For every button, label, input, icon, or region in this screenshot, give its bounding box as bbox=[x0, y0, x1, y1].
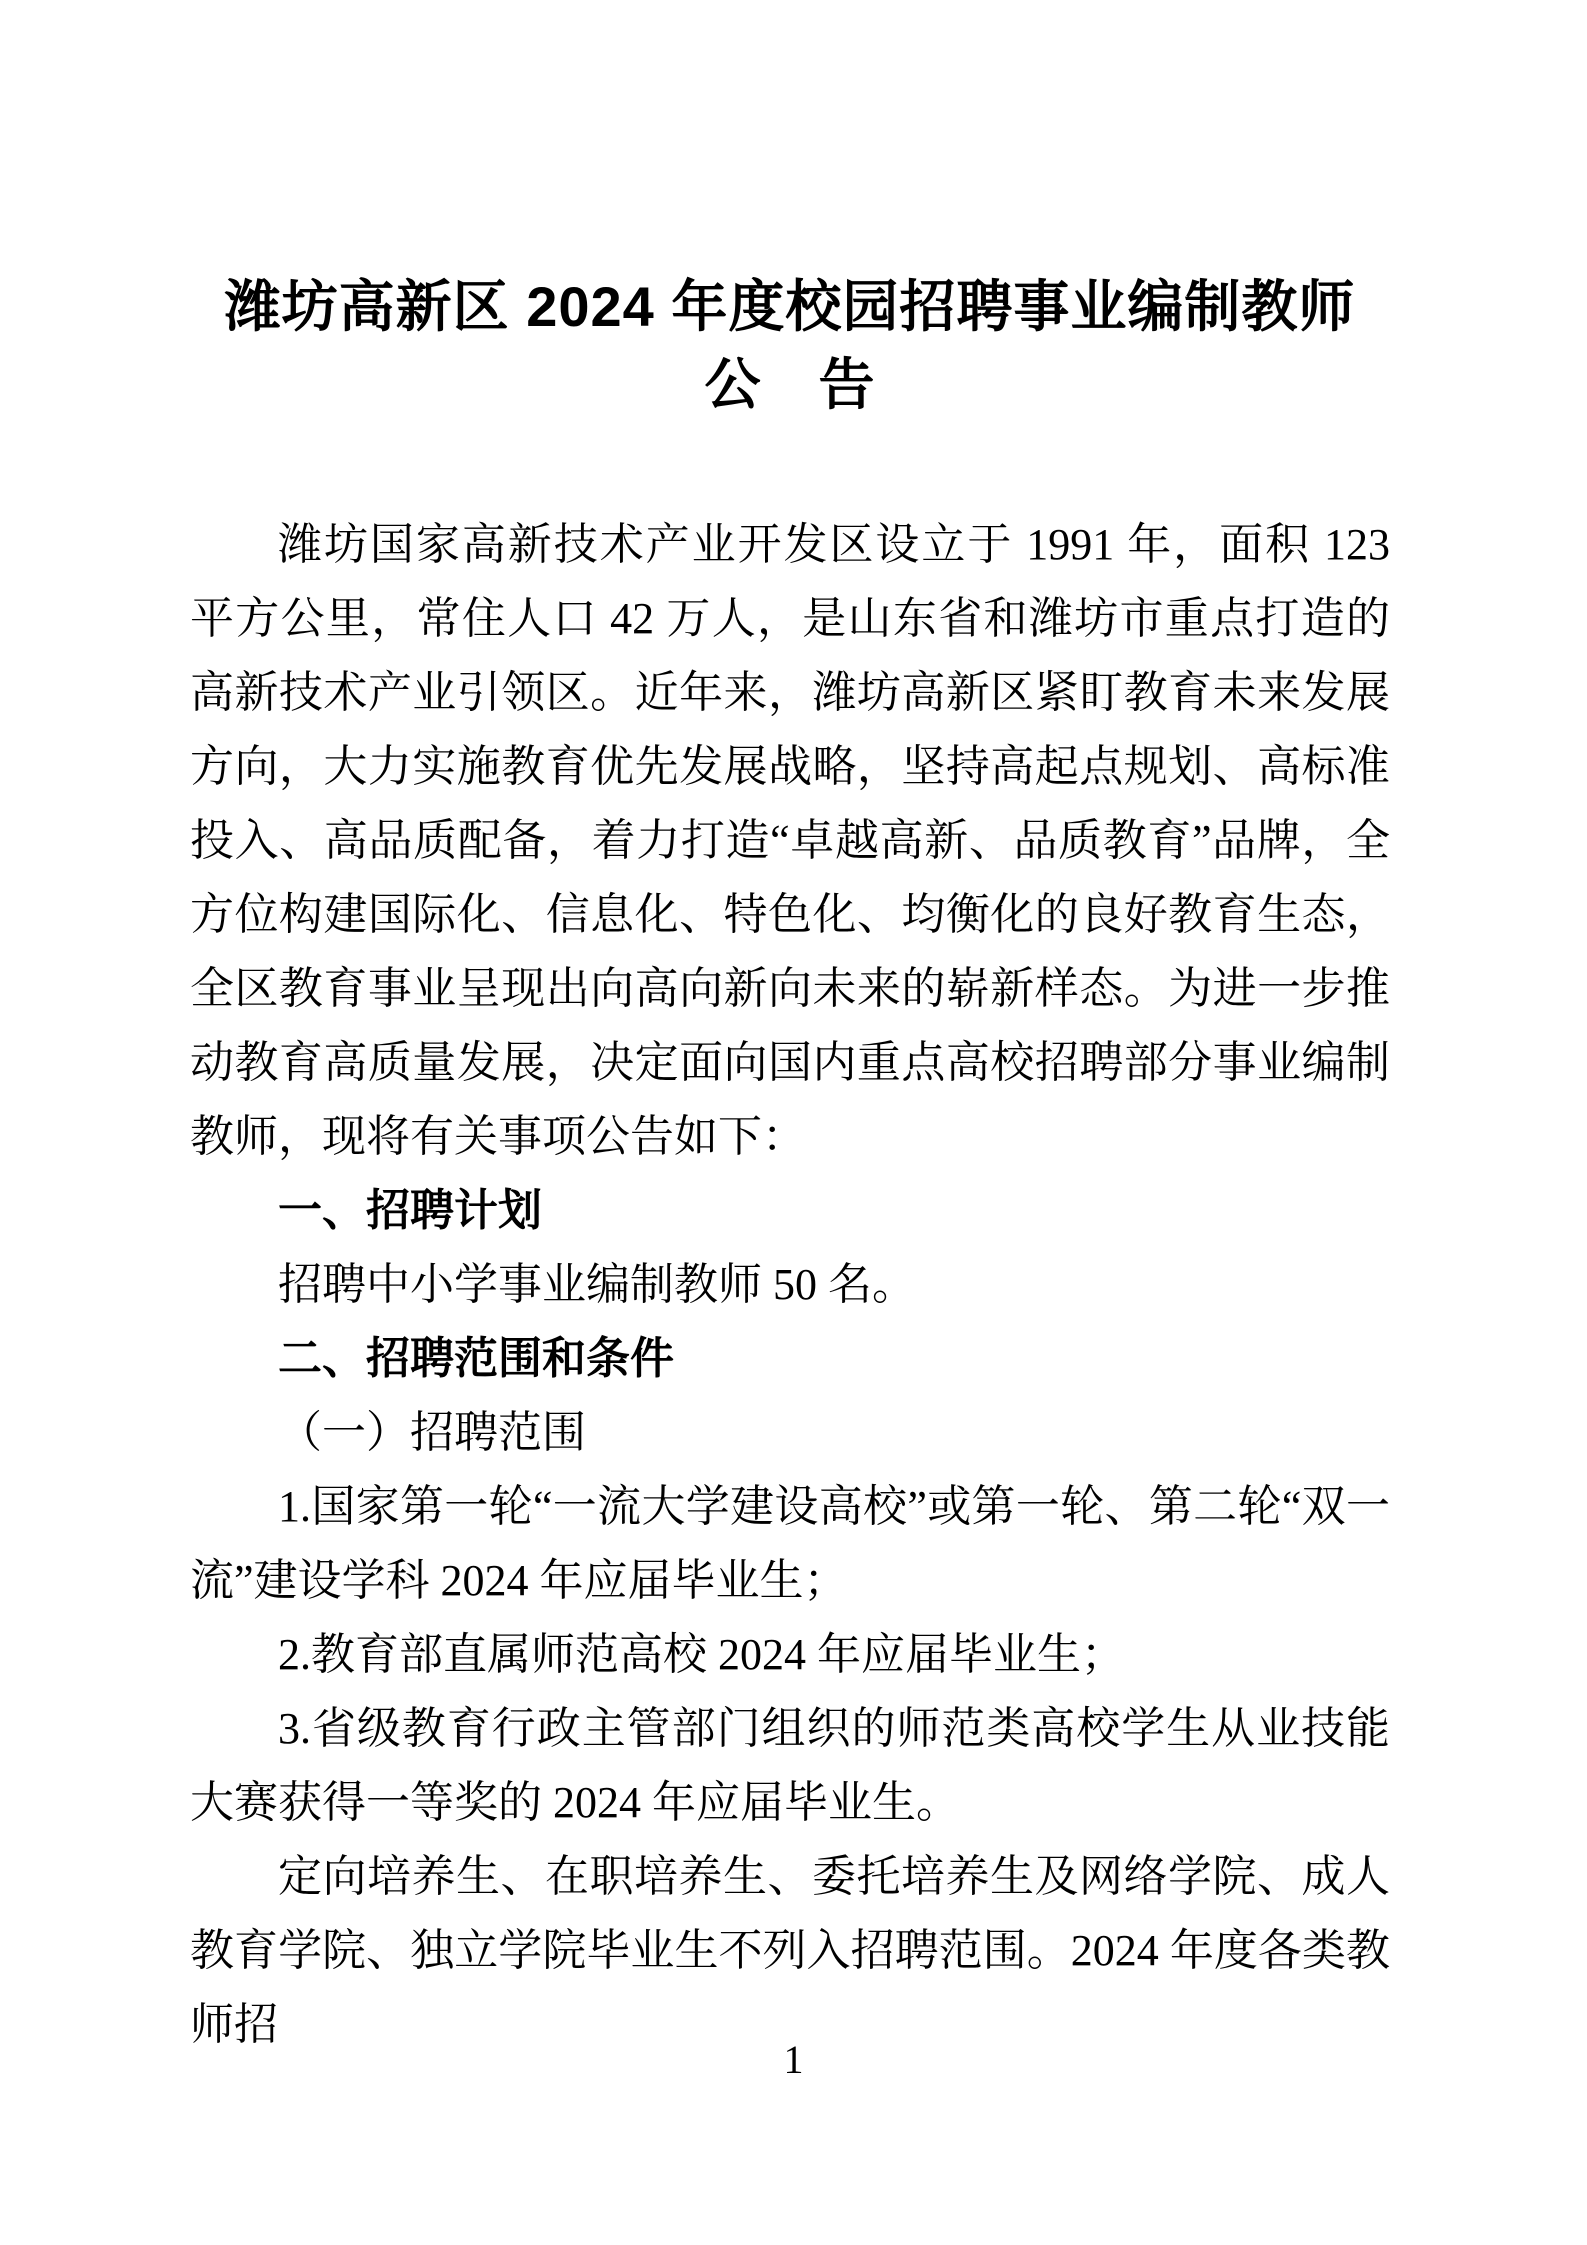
document-title: 潍坊高新区 2024 年度校园招聘事业编制教师 公 告 bbox=[190, 268, 1390, 424]
recruitment-scope-item-3: 3.省级教育行政主管部门组织的师范类高校学生从业技能大赛获得一等奖的 2024 … bbox=[190, 1692, 1390, 1840]
page-number: 1 bbox=[0, 2036, 1587, 2083]
section-2-heading: 二、招聘范围和条件 bbox=[190, 1322, 1390, 1396]
recruitment-scope-item-2: 2.教育部直属师范高校 2024 年应届毕业生； bbox=[190, 1618, 1390, 1692]
section-1-heading: 一、招聘计划 bbox=[190, 1174, 1390, 1248]
document-content: 潍坊高新区 2024 年度校园招聘事业编制教师 公 告 潍坊国家高新技术产业开发… bbox=[190, 268, 1390, 2062]
section-2-sub-1-heading: （一）招聘范围 bbox=[190, 1396, 1390, 1470]
document-title-line-1: 潍坊高新区 2024 年度校园招聘事业编制教师 bbox=[190, 268, 1390, 346]
recruitment-scope-note: 定向培养生、在职培养生、委托培养生及网络学院、成人教育学院、独立学院毕业生不列入… bbox=[190, 1840, 1390, 2062]
section-1-text: 招聘中小学事业编制教师 50 名。 bbox=[190, 1248, 1390, 1322]
document-body: 潍坊国家高新技术产业开发区设立于 1991 年，面积 123 平方公里，常住人口… bbox=[190, 508, 1390, 2062]
document-page: { "title": { "line1": "潍坊高新区 2024 年度校园招聘… bbox=[0, 0, 1587, 2245]
intro-paragraph: 潍坊国家高新技术产业开发区设立于 1991 年，面积 123 平方公里，常住人口… bbox=[190, 508, 1390, 1174]
recruitment-scope-item-1: 1.国家第一轮“一流大学建设高校”或第一轮、第二轮“双一流”建设学科 2024 … bbox=[190, 1470, 1390, 1618]
document-title-line-2: 公 告 bbox=[190, 346, 1390, 424]
